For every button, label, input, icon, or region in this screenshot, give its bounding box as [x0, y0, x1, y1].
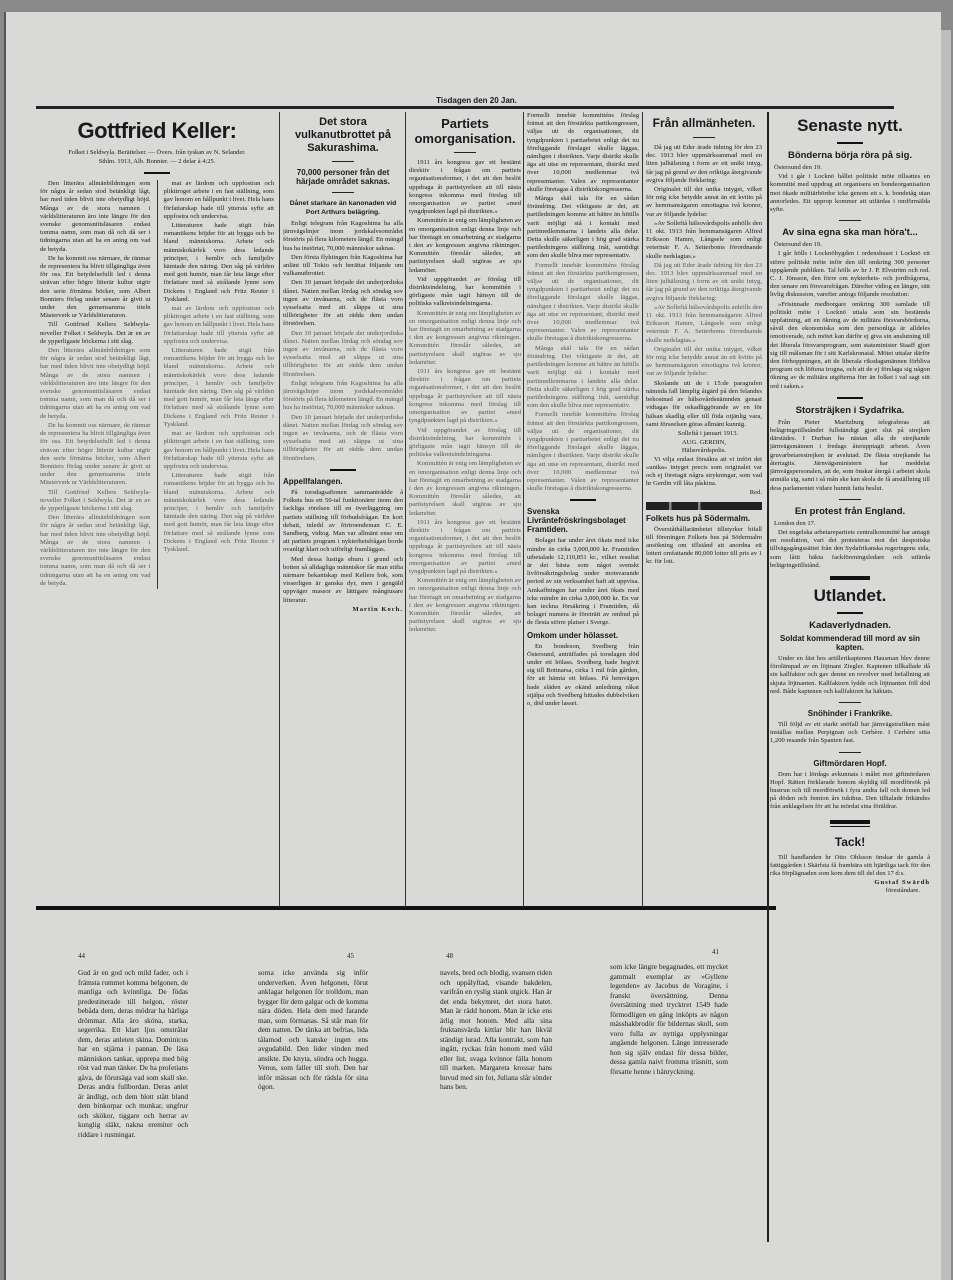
divider: [837, 142, 863, 144]
headline-utlandet: Utlandet.: [770, 586, 930, 606]
article-volcano: Det stora vulkanutbrottet på Sakurashima…: [283, 112, 403, 910]
column-divider: [157, 180, 158, 589]
headline-partiets: Partiets omorganisation.: [409, 116, 521, 146]
divider: [839, 752, 861, 753]
headline-protest: En protest från England.: [770, 506, 930, 517]
divider: [839, 220, 861, 221]
book-page-48: navels, bred och blodig, svansen riden o…: [440, 968, 552, 1248]
keller-col-1: Den litterära allmänbildningen som för n…: [40, 180, 151, 589]
article-senaste-nytt: Senaste nytt. Bönderna börja röra på sig…: [770, 112, 930, 1202]
headline-omkom: Omkom under hölasset.: [527, 631, 639, 640]
book-page-45: sorna icke använda sig inför underverken…: [258, 968, 368, 1248]
article-keller: Gottfried Keller: Folket i Seldwyla. Ber…: [40, 112, 274, 910]
headline-keller: Gottfried Keller:: [40, 118, 274, 144]
divider: [144, 172, 170, 174]
divider: [693, 137, 715, 138]
ornament-bar: [830, 820, 870, 824]
keller-col-2: mat av lärdom och uppfostran och plikttr…: [164, 180, 275, 589]
page-number: 48: [446, 952, 453, 960]
column-rule: [767, 112, 769, 1242]
divider: [839, 702, 861, 703]
column-rule: [279, 112, 280, 910]
article-formellt: Formellt innebär kommitténs förslag främ…: [527, 112, 639, 910]
bottom-rule: [36, 906, 776, 910]
headline-snohinder: Snöhinder i Frankrike.: [770, 709, 930, 718]
divider: [839, 499, 861, 500]
headline-storstrejken: Storsträjken i Sydafrika.: [770, 405, 930, 416]
divider: [454, 152, 476, 153]
column-rule: [642, 112, 643, 910]
page-number: 45: [347, 952, 354, 960]
ornament-bar: [646, 502, 762, 510]
headline-tack: Tack!: [770, 837, 930, 848]
divider: [570, 499, 596, 501]
volcano-subhead-2: Dånet starkare än kanonaden vid Port Art…: [283, 199, 403, 217]
ornament-line: [830, 826, 870, 827]
divider: [830, 576, 870, 580]
divider: [330, 469, 356, 471]
divider: [332, 161, 354, 162]
divider: [332, 192, 354, 193]
divider: [837, 397, 863, 399]
keller-subtitle: Folket i Seldwyla. Berättelser. — Övers.…: [40, 148, 274, 166]
headline-appell: Appellfalangen.: [283, 477, 403, 486]
article-partiets: Partiets omorganisation. 1911 års kongre…: [409, 112, 521, 910]
volcano-subhead: 70,000 personer från det härjade området…: [283, 168, 403, 186]
subhead-soldat: Soldat kommenderad till mord av sin kapt…: [770, 634, 930, 652]
headline-bonderna: Bönderna börja röra på sig.: [770, 150, 930, 161]
book-page-44: Gud är en god och mild fader, och i främ…: [78, 968, 188, 1248]
headline-allmanheten: Från allmänheten.: [646, 116, 762, 131]
headline-kadaverlydnaden: Kadaverlydnaden.: [770, 620, 930, 631]
page-number: 44: [78, 952, 85, 960]
divider: [837, 612, 863, 614]
article-allmanheten: Från allmänheten. Då jag uti Eder ärade …: [646, 112, 762, 910]
headline-senaste: Senaste nytt.: [770, 116, 930, 136]
headline-giftmordaren: Giftmördaren Hopf.: [770, 759, 930, 768]
headline-av-sina-egna: Av sina egna ska man höra't...: [770, 227, 930, 238]
column-rule: [523, 112, 524, 910]
signature: Martin Koch.: [283, 606, 403, 614]
headline-folkets-hus: Folkets hus på Södermalm.: [646, 514, 762, 523]
page-number: 41: [712, 948, 719, 956]
top-rule: [36, 106, 894, 109]
dateline: Tisdagen den 20 Jan.: [0, 96, 953, 105]
book-page-41: som icke längre begagnades, ett mycket g…: [610, 962, 728, 1242]
headline-volcano: Det stora vulkanutbrottet på Sakurashima…: [283, 116, 403, 155]
headline-framtiden: Svenska Livräntefröskringsbolaget Framti…: [527, 507, 639, 534]
column-rule: [405, 112, 406, 910]
